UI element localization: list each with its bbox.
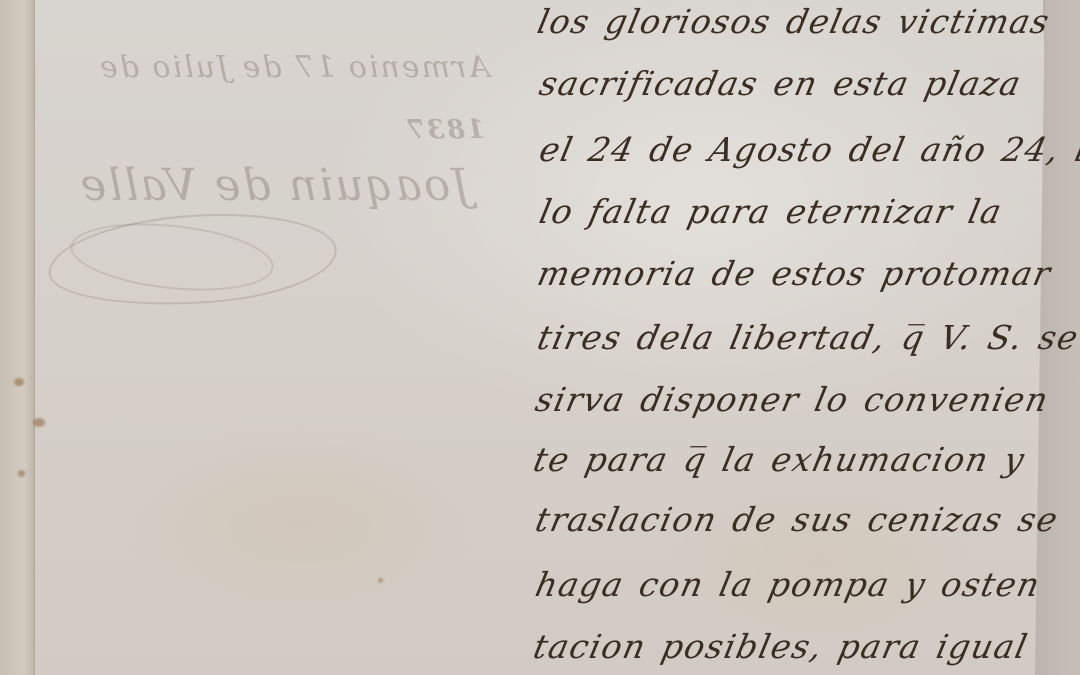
ink-stain [18,470,25,477]
manuscript-line: sirva disponer lo convenien [532,380,1053,419]
ink-stain [14,378,24,386]
handwritten-text-block: los gloriosos delas victimas sacrificada… [530,0,1040,675]
manuscript-line: tires dela libertad, q̅ V. S. se [534,318,1080,357]
manuscript-line: haga con la pompa y osten [532,565,1044,604]
bleed-through-line: Armenio 17 de Julio de [98,50,490,85]
document-photo: Armenio 17 de Julio de 1837 Joaquin de V… [0,0,1080,675]
manuscript-line: memoria de estos protomar [534,254,1055,293]
page-binding-edge [0,0,35,675]
manuscript-line: sacrificadas en esta plaza [536,64,1025,103]
manuscript-line: los gloriosos delas victimas [534,2,1054,41]
manuscript-line: tacion posibles, para igual [530,627,1032,666]
bleed-through-line: 1837 [405,115,485,145]
bleed-through-line: Joaquin de Valle [78,160,470,211]
ink-stain [33,418,45,427]
manuscript-line: traslacion de sus cenizas se [532,500,1062,539]
manuscript-line: lo falta para eternizar la [536,192,1006,231]
foxing-spot [378,578,383,583]
manuscript-line: te para q̅ la exhumacion y [530,440,1029,479]
manuscript-line: el 24 de Agosto del año 24, lo [536,130,1080,169]
